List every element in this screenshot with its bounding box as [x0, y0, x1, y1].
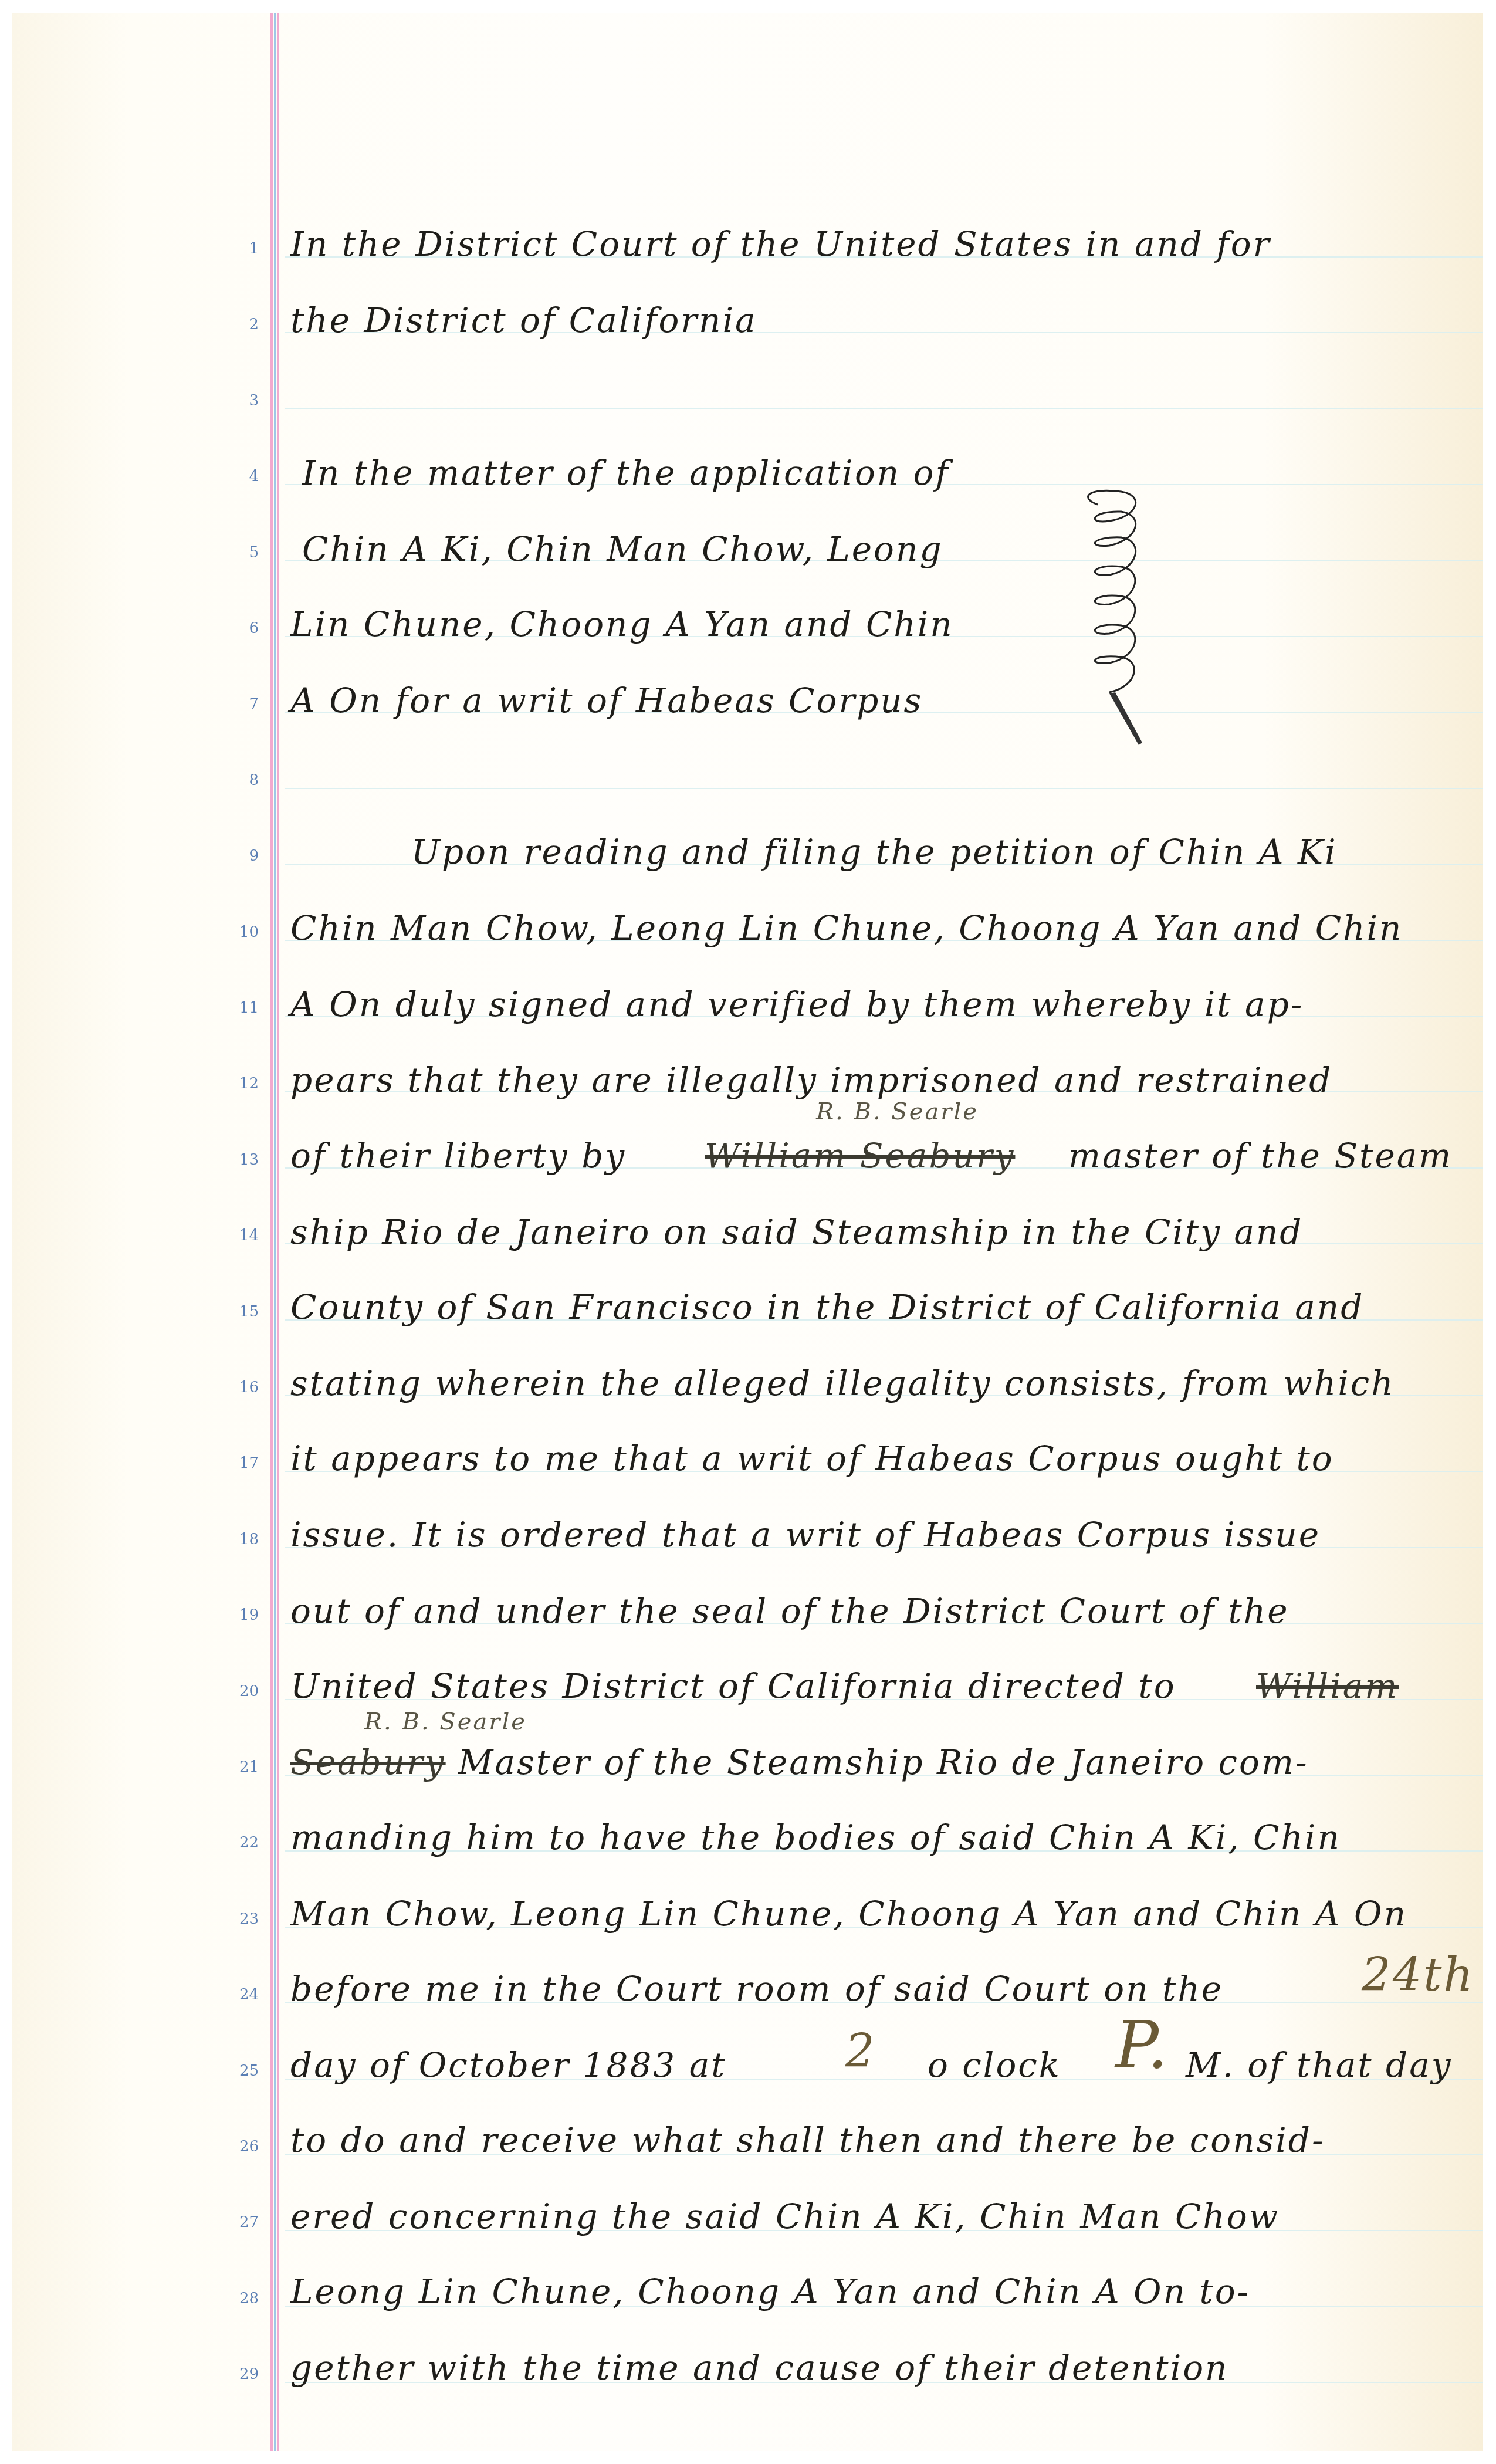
margin-line-blue: [274, 13, 276, 2451]
body-line-28: Leong Lin Chune, Choong A Yan and Chin A…: [290, 2272, 1250, 2311]
line-number: 27: [231, 2213, 259, 2231]
margin-line-pink: [270, 13, 273, 2451]
margin-line-pink: [277, 13, 279, 2451]
line-number: 5: [231, 544, 259, 561]
struck-name: Seabury: [290, 1742, 446, 1782]
line-number: 11: [231, 999, 259, 1017]
body-line-13b: master of the Steam: [1068, 1136, 1453, 1176]
caption-line-2: the District of California: [290, 300, 757, 340]
line-number: 12: [231, 1075, 259, 1092]
line-number: 16: [231, 1379, 259, 1396]
body-line-24a: before me in the Court room of said Cour…: [290, 1969, 1223, 2009]
body-line-25a: day of October 1883 at: [290, 2045, 727, 2085]
line-number: 6: [231, 620, 259, 637]
body-line-23: Man Chow, Leong Lin Chune, Choong A Yan …: [290, 1894, 1407, 1934]
matter-line-6: Lin Chune, Choong A Yan and Chin: [290, 604, 954, 644]
body-line-18: issue. It is ordered that a writ of Habe…: [290, 1515, 1321, 1555]
line-number: 21: [231, 1758, 259, 1776]
body-line-14: ship Rio de Janeiro on said Steamship in…: [290, 1212, 1303, 1252]
line-number: 15: [231, 1303, 259, 1321]
line-number: 20: [231, 1683, 259, 1700]
line-number: 28: [231, 2290, 259, 2307]
line-number: 17: [231, 1454, 259, 1472]
caption-line-1: In the District Court of the United Stat…: [290, 224, 1271, 264]
line-number: 24: [231, 1986, 259, 2003]
body-line-25b: o clock: [928, 2045, 1061, 2085]
line-number: 13: [231, 1151, 259, 1169]
body-line-9: Upon reading and filing the petition of …: [411, 832, 1338, 872]
spiral-brace-icon: [1074, 487, 1156, 757]
filled-hour: 2: [845, 2025, 876, 2078]
body-line-15: County of San Francisco in the District …: [290, 1287, 1364, 1327]
matter-line-4: In the matter of the application of: [302, 453, 950, 493]
body-line-11: A On duly signed and verified by them wh…: [290, 984, 1304, 1024]
filled-day: 24th: [1362, 1949, 1475, 2002]
line-number: 23: [231, 1910, 259, 1928]
inserted-name: R. B. Searle: [364, 1708, 527, 1735]
line-number: 25: [231, 2062, 259, 2080]
body-line-13a: of their liberty by: [290, 1136, 626, 1176]
line-number: 3: [231, 392, 259, 409]
ruled-line: [285, 788, 1483, 789]
ruled-line: [285, 408, 1483, 409]
struck-name: William: [1256, 1666, 1399, 1706]
body-line-19: out of and under the seal of the Distric…: [290, 1591, 1289, 1631]
line-number: 4: [231, 468, 259, 485]
line-number: 10: [231, 923, 259, 941]
line-number: 8: [231, 771, 259, 789]
body-line-16: stating wherein the alleged illegality c…: [290, 1363, 1395, 1403]
body-line-20a: United States District of California dir…: [290, 1666, 1176, 1706]
body-line-27: ered concerning the said Chin A Ki, Chin…: [290, 2196, 1280, 2236]
line-number: 14: [231, 1227, 259, 1244]
matter-line-5: Chin A Ki, Chin Man Chow, Leong: [302, 529, 943, 569]
line-number: 18: [231, 1531, 259, 1548]
line-number: 2: [231, 316, 259, 333]
body-line-12: pears that they are illegally imprisoned…: [290, 1060, 1332, 1100]
body-line-22: manding him to have the bodies of said C…: [290, 1817, 1341, 1857]
body-line-26: to do and receive what shall then and th…: [290, 2120, 1325, 2160]
matter-line-7: A On for a writ of Habeas Corpus: [290, 681, 923, 720]
line-number: 29: [231, 2365, 259, 2383]
line-number: 22: [231, 1834, 259, 1852]
line-number: 1: [231, 240, 259, 258]
body-line-29: gether with the time and cause of their …: [290, 2348, 1228, 2388]
body-line-17: it appears to me that a writ of Habeas C…: [290, 1439, 1334, 1478]
line-number: 19: [231, 1606, 259, 1624]
filled-pm: P.: [1115, 2008, 1170, 2083]
line-number: 7: [231, 695, 259, 713]
document-page: 1234567891011121314151617181920212223242…: [12, 13, 1483, 2451]
inserted-name: R. B. Searle: [816, 1098, 979, 1125]
line-number: 26: [231, 2138, 259, 2155]
body-line-21b: Master of the Steamship Rio de Janeiro c…: [458, 1742, 1309, 1782]
line-number: 9: [231, 847, 259, 865]
body-line-10: Chin Man Chow, Leong Lin Chune, Choong A…: [290, 908, 1403, 948]
body-line-25c: M. of that day: [1186, 2045, 1453, 2085]
struck-name: William Seabury: [705, 1136, 1015, 1176]
